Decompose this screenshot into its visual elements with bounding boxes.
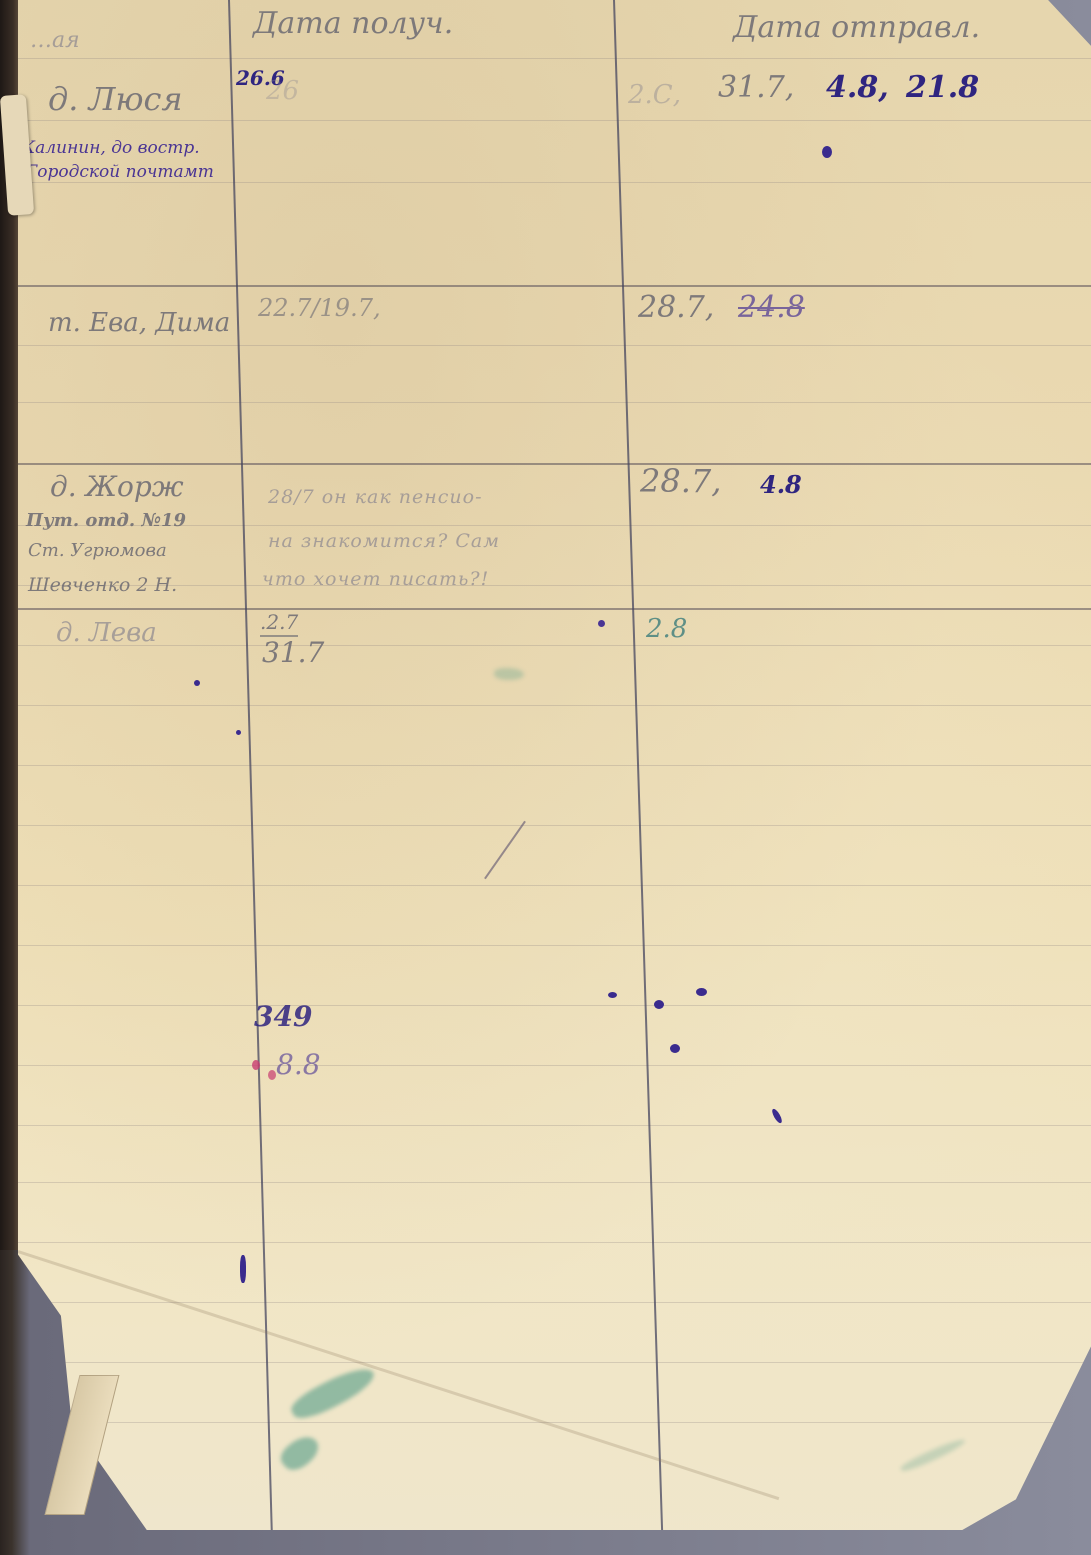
stamp-numbers: 349 — [254, 1000, 312, 1033]
green-stain — [287, 1360, 379, 1425]
row2-name: т. Ева, Дима — [48, 308, 230, 338]
rule-line — [18, 645, 1091, 646]
rule-line — [18, 58, 1091, 59]
row4-received-bottom: 31.7 — [262, 636, 324, 669]
header-date-sent: Дата отправл. — [733, 10, 980, 45]
rule-line — [18, 182, 1091, 183]
row-divider — [18, 608, 1091, 610]
row3-address-line1: Пут. отд. №19 — [26, 510, 186, 531]
green-stain — [276, 1430, 323, 1476]
rule-line — [18, 765, 1091, 766]
row1-sent-3: 21.8 — [906, 70, 979, 105]
ink-dot — [236, 730, 241, 735]
row3-note-line2: на знакомится? Сам — [268, 530, 500, 552]
row4-sent-1: 2.8 — [646, 614, 687, 644]
row1-sent-faint: 2.С, — [628, 80, 681, 110]
header-name-column: …ая — [30, 28, 80, 53]
ink-dot — [670, 1044, 680, 1053]
red-ink-dot — [252, 1060, 260, 1070]
ink-drip — [240, 1255, 246, 1283]
ink-dot — [608, 992, 617, 998]
row2-sent-1: 28.7, — [638, 290, 714, 325]
rule-line — [18, 585, 1091, 586]
rule-line — [18, 705, 1091, 706]
rule-line — [18, 402, 1091, 403]
row1-address-line1: Калинин, до востр. — [22, 138, 200, 158]
green-stain — [494, 668, 524, 680]
rule-line — [18, 345, 1091, 346]
rule-line — [18, 1005, 1091, 1006]
row4-name: д. Лева — [56, 618, 157, 648]
rule-line — [18, 885, 1091, 886]
row3-address-line3: Шевченко 2 Н. — [28, 574, 177, 596]
row2-received: 22.7/19.7, — [258, 294, 381, 322]
row1-address-line2: Городской почтамт — [26, 162, 214, 182]
row3-note-line1: 28/7 он как пенсио- — [268, 486, 483, 508]
row1-sent-1: 31.7, — [718, 70, 794, 105]
row-divider — [18, 463, 1091, 465]
rule-line — [18, 1362, 1091, 1363]
row1-received-faint: 26 — [266, 76, 299, 106]
row1-sent-2: 4.8, — [826, 70, 889, 105]
header-date-received: Дата получ. — [253, 6, 453, 41]
row3-name: д. Жорж — [50, 470, 184, 503]
rule-line — [18, 945, 1091, 946]
row3-address-line2: Ст. Угрюмова — [28, 540, 167, 561]
pencil-stroke — [484, 821, 526, 879]
green-stain — [899, 1436, 967, 1475]
ink-dot — [770, 1108, 783, 1125]
rule-line — [18, 1422, 1091, 1423]
rule-line — [18, 120, 1091, 121]
ledger-page: …ая Дата получ. Дата отправл. д. Люся Ка… — [18, 0, 1091, 1530]
row3-sent-1: 28.7, — [640, 462, 721, 500]
stamp-smudge: 8.8 — [276, 1048, 321, 1081]
red-ink-dot — [268, 1070, 276, 1080]
ink-dot — [194, 680, 200, 686]
rule-line — [18, 1242, 1091, 1243]
rule-line — [18, 1065, 1091, 1066]
row2-sent-struck: 24.8 — [738, 290, 805, 325]
rule-line — [18, 1125, 1091, 1126]
ink-dot — [696, 988, 707, 996]
row3-note-line3: что хочет писать?! — [262, 568, 489, 590]
rule-line — [18, 825, 1091, 826]
ink-dot — [822, 146, 832, 158]
ink-dot — [654, 1000, 664, 1009]
row3-sent-2: 4.8 — [760, 470, 802, 499]
row1-name: д. Люся — [48, 80, 183, 118]
rule-line — [18, 1182, 1091, 1183]
row-divider — [18, 285, 1091, 287]
row4-received-top: .2.7 — [260, 610, 298, 637]
paper-crease — [18, 1250, 779, 1500]
ink-dot — [598, 620, 605, 627]
